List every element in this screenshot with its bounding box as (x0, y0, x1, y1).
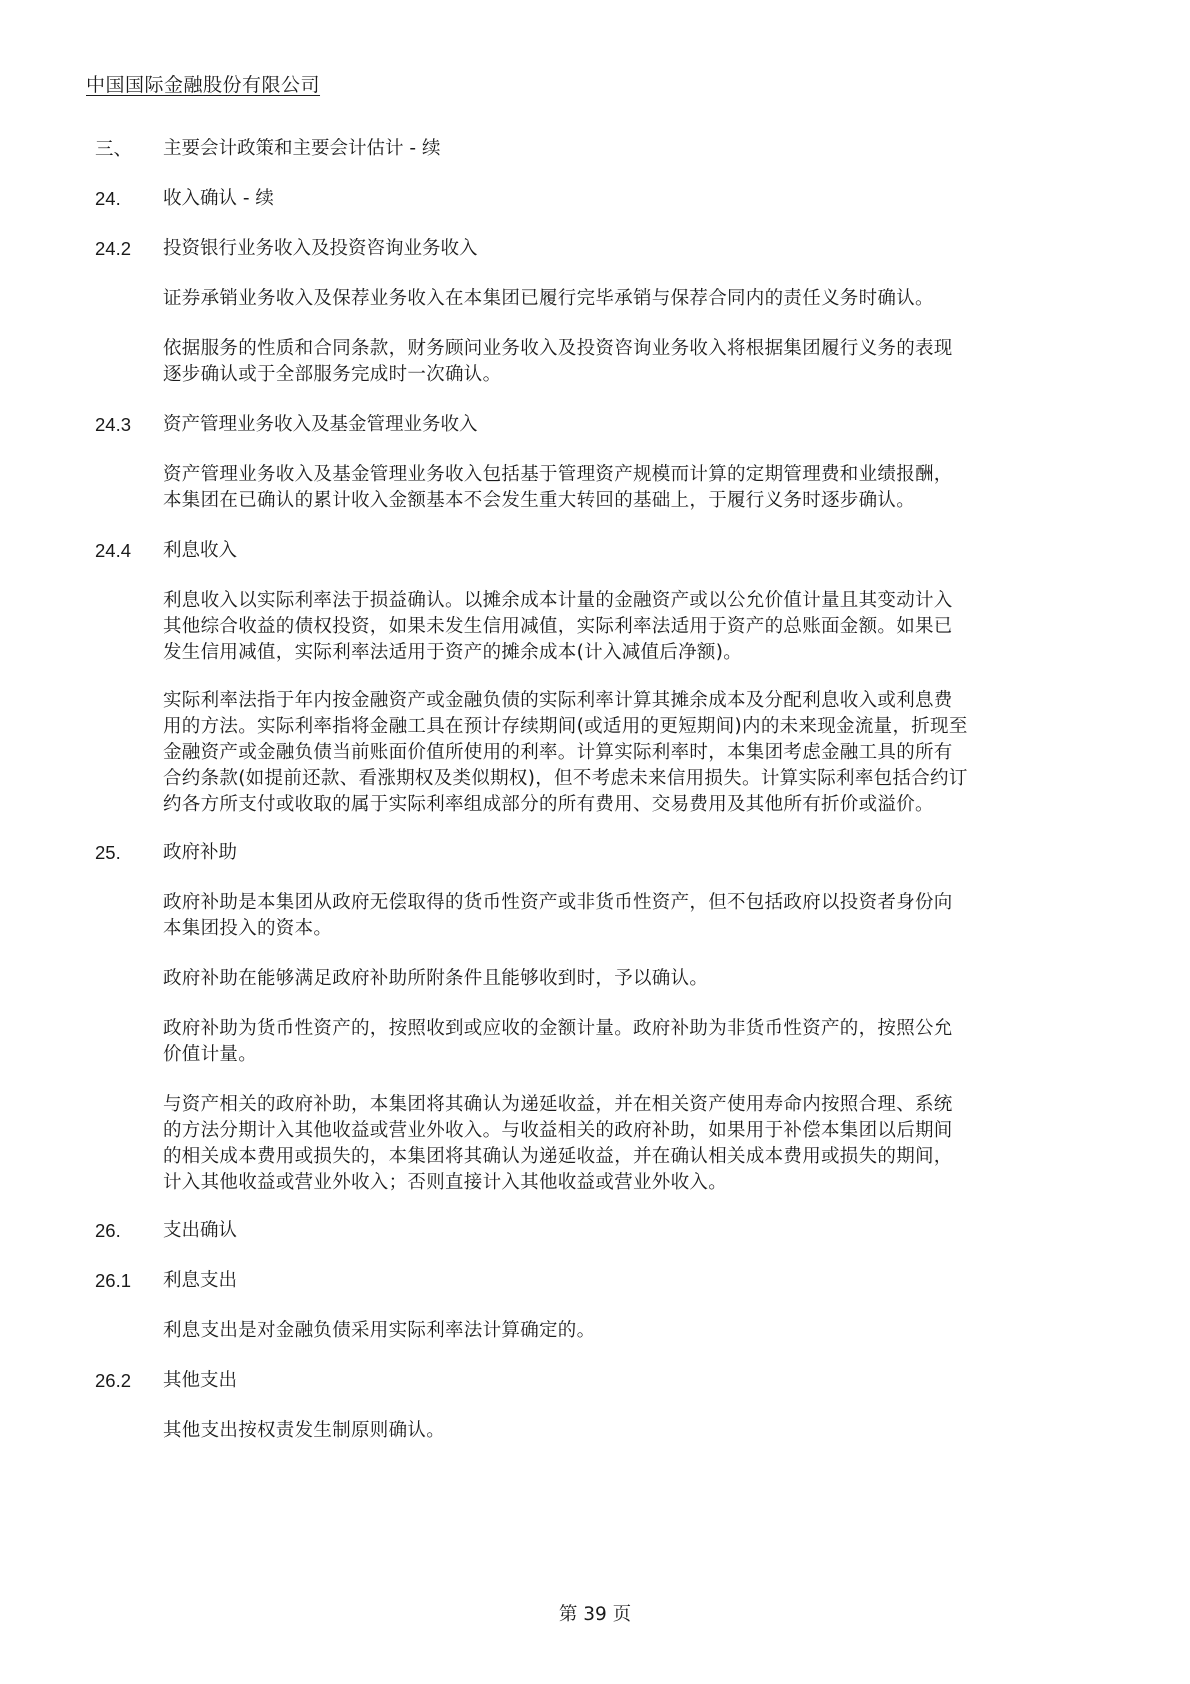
section-title: 其他支出 (163, 1368, 1105, 1394)
text-line: 价值计量。 (163, 1042, 1043, 1068)
section-heading: 26.1 利息支出 (95, 1268, 1105, 1294)
text-line: 其他综合收益的债权投资，如果未发生信用减值，实际利率法适用于资产的总账面金额。如… (163, 614, 1043, 640)
section-number: 24.4 (95, 538, 163, 564)
section-title: 政府补助 (163, 840, 1105, 866)
text-line: 计入其他收益或营业外收入；否则直接计入其他收益或营业外收入。 (163, 1170, 1043, 1196)
section-title: 投资银行业务收入及投资咨询业务收入 (163, 236, 1105, 262)
section-title: 利息支出 (163, 1268, 1105, 1294)
section-number: 24.3 (95, 412, 163, 438)
text-line: 证券承销业务收入及保荐业务收入在本集团已履行完毕承销与保荐合同内的责任义务时确认… (163, 286, 1043, 312)
section-number: 24.2 (95, 236, 163, 262)
section-heading: 26. 支出确认 (95, 1218, 1105, 1244)
text-line: 逐步确认或于全部服务完成时一次确认。 (163, 362, 1043, 388)
section-number: 三、 (95, 136, 163, 162)
text-line: 资产管理业务收入及基金管理业务收入包括基于管理资产规模而计算的定期管理费和业绩报… (163, 462, 1043, 488)
paragraph: 与资产相关的政府补助，本集团将其确认为递延收益，并在相关资产使用寿命内按照合理、… (163, 1092, 1043, 1196)
text-line: 本集团投入的资本。 (163, 916, 1043, 942)
paragraph: 资产管理业务收入及基金管理业务收入包括基于管理资产规模而计算的定期管理费和业绩报… (163, 462, 1043, 514)
section-heading: 26.2 其他支出 (95, 1368, 1105, 1394)
text-line: 政府补助是本集团从政府无偿取得的货币性资产或非货币性资产，但不包括政府以投资者身… (163, 890, 1043, 916)
text-line: 的方法分期计入其他收益或营业外收入。与收益相关的政府补助，如果用于补偿本集团以后… (163, 1118, 1043, 1144)
section-title: 支出确认 (163, 1218, 1105, 1244)
text-line: 发生信用减值，实际利率法适用于资产的摊余成本(计入减值后净额)。 (163, 640, 1043, 666)
text-line: 与资产相关的政府补助，本集团将其确认为递延收益，并在相关资产使用寿命内按照合理、… (163, 1092, 1043, 1118)
section-title: 利息收入 (163, 538, 1105, 564)
text-line: 利息支出是对金融负债采用实际利率法计算确定的。 (163, 1318, 1043, 1344)
section-title: 收入确认 - 续 (163, 186, 1105, 212)
text-line: 利息收入以实际利率法于损益确认。以摊余成本计量的金融资产或以公允价值计量且其变动… (163, 588, 1043, 614)
paragraph: 其他支出按权责发生制原则确认。 (163, 1418, 1043, 1444)
section-number: 25. (95, 840, 163, 866)
text-line: 的相关成本费用或损失的，本集团将其确认为递延收益，并在确认相关成本费用或损失的期… (163, 1144, 1043, 1170)
paragraph: 利息收入以实际利率法于损益确认。以摊余成本计量的金融资产或以公允价值计量且其变动… (163, 588, 1043, 666)
text-line: 依据服务的性质和合同条款，财务顾问业务收入及投资咨询业务收入将根据集团履行义务的… (163, 336, 1043, 362)
text-line: 约各方所支付或收取的属于实际利率组成部分的所有费用、交易费用及其他所有折价或溢价… (163, 792, 1043, 818)
paragraph: 实际利率法指于年内按金融资产或金融负债的实际利率计算其摊余成本及分配利息收入或利… (163, 688, 1043, 818)
document-page: 中国国际金融股份有限公司 三、 主要会计政策和主要会计估计 - 续 24. 收入… (0, 0, 1190, 1684)
section-heading: 24.2 投资银行业务收入及投资咨询业务收入 (95, 236, 1105, 262)
paragraph: 利息支出是对金融负债采用实际利率法计算确定的。 (163, 1318, 1043, 1344)
section-number: 24. (95, 186, 163, 212)
section-heading: 三、 主要会计政策和主要会计估计 - 续 (95, 136, 1105, 162)
paragraph: 证券承销业务收入及保荐业务收入在本集团已履行完毕承销与保荐合同内的责任义务时确认… (163, 286, 1043, 312)
text-line: 金融资产或金融负债当前账面价值所使用的利率。计算实际利率时，本集团考虑金融工具的… (163, 740, 1043, 766)
section-number: 26.2 (95, 1368, 163, 1394)
paragraph: 政府补助是本集团从政府无偿取得的货币性资产或非货币性资产，但不包括政府以投资者身… (163, 890, 1043, 942)
text-line: 实际利率法指于年内按金融资产或金融负债的实际利率计算其摊余成本及分配利息收入或利… (163, 688, 1043, 714)
section-heading: 24. 收入确认 - 续 (95, 186, 1105, 212)
section-title: 主要会计政策和主要会计估计 - 续 (163, 136, 1105, 162)
section-heading: 24.3 资产管理业务收入及基金管理业务收入 (95, 412, 1105, 438)
section-heading: 25. 政府补助 (95, 840, 1105, 866)
paragraph: 政府补助为货币性资产的，按照收到或应收的金额计量。政府补助为非货币性资产的，按照… (163, 1016, 1043, 1068)
text-line: 其他支出按权责发生制原则确认。 (163, 1418, 1043, 1444)
section-title: 资产管理业务收入及基金管理业务收入 (163, 412, 1105, 438)
page-number: 第 39 页 (0, 1600, 1190, 1626)
paragraph: 政府补助在能够满足政府补助所附条件且能够收到时，予以确认。 (163, 966, 1043, 992)
text-line: 政府补助为货币性资产的，按照收到或应收的金额计量。政府补助为非货币性资产的，按照… (163, 1016, 1043, 1042)
section-heading: 24.4 利息收入 (95, 538, 1105, 564)
company-header: 中国国际金融股份有限公司 (86, 70, 320, 97)
paragraph: 依据服务的性质和合同条款，财务顾问业务收入及投资咨询业务收入将根据集团履行义务的… (163, 336, 1043, 388)
section-number: 26.1 (95, 1268, 163, 1294)
text-line: 政府补助在能够满足政府补助所附条件且能够收到时，予以确认。 (163, 966, 1043, 992)
text-line: 本集团在已确认的累计收入金额基本不会发生重大转回的基础上，于履行义务时逐步确认。 (163, 488, 1043, 514)
text-line: 合约条款(如提前还款、看涨期权及类似期权)，但不考虑未来信用损失。计算实际利率包… (163, 766, 1043, 792)
text-line: 用的方法。实际利率指将金融工具在预计存续期间(或适用的更短期间)内的未来现金流量… (163, 714, 1043, 740)
section-number: 26. (95, 1218, 163, 1244)
